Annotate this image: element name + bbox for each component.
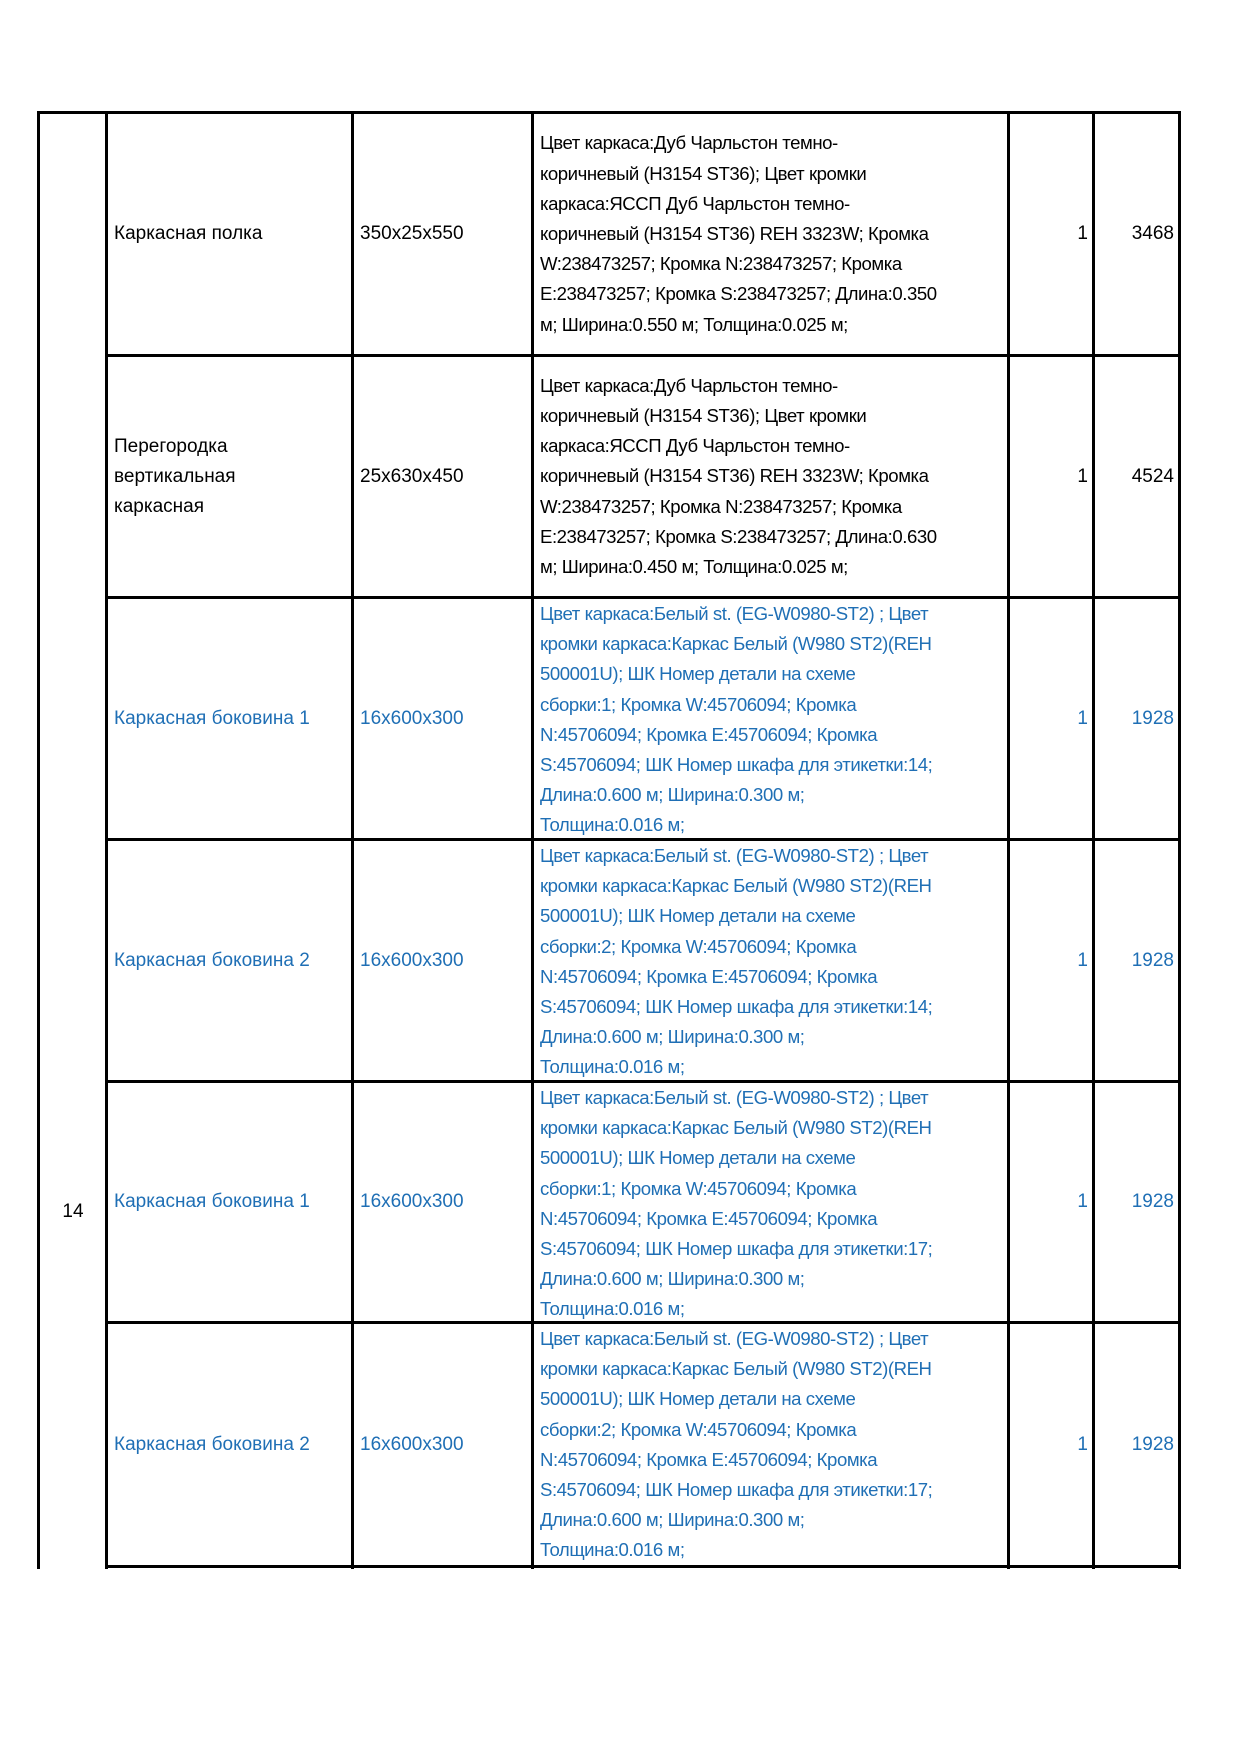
part-size: 350x25x550 [360,219,464,249]
description-line: S:45706094; ШК Номер шкафа для этикетки:… [540,992,1008,1022]
part-name: Каркасная полка [114,219,262,249]
part-description-cell: Цвет каркаса:Белый st. (EG-W0980-ST2) ; … [534,1083,1008,1325]
description-line: Цвет каркаса:Белый st. (EG-W0980-ST2) ; … [540,1083,1008,1113]
description-line: сборки:1; Кромка W:45706094; Кромка [540,1174,1008,1204]
part-name: Каркасная боковина 1 [114,704,310,734]
description-line: N:45706094; Кромка E:45706094; Кромка [540,720,1008,750]
part-name-line: Перегородка [114,432,236,462]
description-line: каркаса:ЯССП Дуб Чарльстон темно- [540,189,1008,219]
description-line: 500001U); ШК Номер детали на схеме [540,1384,1008,1414]
description-line: Цвет каркаса:Дуб Чарльстон темно- [540,128,1008,158]
part-name: Каркасная боковина 1 [114,1187,310,1217]
quantity-cell: 1 [1010,357,1093,596]
part-description-cell: Цвет каркаса:Белый st. (EG-W0980-ST2) ; … [534,1324,1008,1566]
description-line: Толщина:0.016 м; [540,1535,1008,1565]
part-name-line: вертикальная [114,462,236,492]
quantity-cell: 1 [1010,841,1093,1080]
description-line: 500001U); ШК Номер детали на схеме [540,659,1008,689]
quantity: 1 [1077,946,1088,976]
part-size-cell: 350x25x550 [354,114,532,354]
part-size-cell: 16x600x300 [354,1324,532,1565]
quantity-cell: 1 [1010,599,1093,838]
description-line: E:238473257; Кромка S:238473257; Длина:0… [540,522,1008,552]
part-name-cell: Перегородкавертикальнаякаркасная [108,357,352,596]
part-name-cell: Каркасная боковина 1 [108,599,352,838]
price-cell: 1928 [1095,1083,1179,1321]
description-line: коричневый (H3154 ST36); Цвет кромки [540,401,1008,431]
description-line: кромки каркаса:Каркас Белый (W980 ST2)(R… [540,871,1008,901]
part-name-cell: Каркасная боковина 1 [108,1083,352,1321]
quantity: 1 [1077,462,1088,492]
part-size: 16x600x300 [360,1430,464,1460]
description-line: S:45706094; ШК Номер шкафа для этикетки:… [540,750,1008,780]
part-size-cell: 25x630x450 [354,357,532,596]
description-line: м; Ширина:0.550 м; Толщина:0.025 м; [540,310,1008,340]
part-description-cell: Цвет каркаса:Белый st. (EG-W0980-ST2) ; … [534,841,1008,1083]
quantity-cell: 1 [1010,1083,1093,1321]
description-line: кромки каркаса:Каркас Белый (W980 ST2)(R… [540,629,1008,659]
description-line: Толщина:0.016 м; [540,1052,1008,1082]
part-name-cell: Каркасная полка [108,114,352,354]
description-line: Длина:0.600 м; Ширина:0.300 м; [540,1505,1008,1535]
description-line: сборки:1; Кромка W:45706094; Кромка [540,690,1008,720]
description-line: Длина:0.600 м; Ширина:0.300 м; [540,1022,1008,1052]
description-line: N:45706094; Кромка E:45706094; Кромка [540,962,1008,992]
part-size: 16x600x300 [360,1187,464,1217]
description-line: N:45706094; Кромка E:45706094; Кромка [540,1445,1008,1475]
description-line: коричневый (H3154 ST36) REH 3323W; Кромк… [540,461,1008,491]
price-cell: 4524 [1095,357,1179,596]
part-name: Каркасная боковина 2 [114,946,310,976]
description-line: кромки каркаса:Каркас Белый (W980 ST2)(R… [540,1113,1008,1143]
price-cell: 1928 [1095,1324,1179,1565]
description-line: S:45706094; ШК Номер шкафа для этикетки:… [540,1475,1008,1505]
description-line: коричневый (H3154 ST36); Цвет кромки [540,159,1008,189]
quantity: 1 [1077,219,1088,249]
part-size: 16x600x300 [360,704,464,734]
description-line: каркаса:ЯССП Дуб Чарльстон темно- [540,431,1008,461]
part-size-cell: 16x600x300 [354,599,532,838]
part-name-cell: Каркасная боковина 2 [108,1324,352,1565]
description-line: м; Ширина:0.450 м; Толщина:0.025 м; [540,552,1008,582]
description-line: Длина:0.600 м; Ширина:0.300 м; [540,1264,1008,1294]
part-size-cell: 16x600x300 [354,1083,532,1321]
part-description-cell: Цвет каркаса:Дуб Чарльстон темно-коричне… [534,371,1008,582]
description-line: Длина:0.600 м; Ширина:0.300 м; [540,780,1008,810]
description-line: W:238473257; Кромка N:238473257; Кромка [540,249,1008,279]
quantity: 1 [1077,1187,1088,1217]
price: 1928 [1132,946,1174,976]
description-line: N:45706094; Кромка E:45706094; Кромка [540,1204,1008,1234]
document-page: 14Каркасная полка350x25x550Цвет каркаса:… [0,0,1241,1755]
description-line: Толщина:0.016 м; [540,1294,1008,1324]
description-line: Цвет каркаса:Дуб Чарльстон темно- [540,371,1008,401]
part-name-cell: Каркасная боковина 2 [108,841,352,1080]
description-line: 500001U); ШК Номер детали на схеме [540,1143,1008,1173]
part-size: 16x600x300 [360,946,464,976]
part-description-cell: Цвет каркаса:Дуб Чарльстон темно-коричне… [534,128,1008,339]
price: 3468 [1132,219,1174,249]
description-line: S:45706094; ШК Номер шкафа для этикетки:… [540,1234,1008,1264]
price: 1928 [1132,1187,1174,1217]
description-line: сборки:2; Кромка W:45706094; Кромка [540,932,1008,962]
quantity: 1 [1077,704,1088,734]
price: 1928 [1132,704,1174,734]
description-line: Цвет каркаса:Белый st. (EG-W0980-ST2) ; … [540,841,1008,871]
group-number-cell: 14 [40,112,106,1566]
price: 1928 [1132,1430,1174,1460]
description-line: Цвет каркаса:Белый st. (EG-W0980-ST2) ; … [540,1324,1008,1354]
description-line: W:238473257; Кромка N:238473257; Кромка [540,492,1008,522]
part-name: Перегородкавертикальнаякаркасная [114,432,236,522]
price: 4524 [1132,462,1174,492]
group-number: 14 [62,1197,83,1227]
description-line: кромки каркаса:Каркас Белый (W980 ST2)(R… [540,1354,1008,1384]
description-line: коричневый (H3154 ST36) REH 3323W; Кромк… [540,219,1008,249]
description-line: Цвет каркаса:Белый st. (EG-W0980-ST2) ; … [540,599,1008,629]
price-cell: 3468 [1095,114,1179,354]
price-cell: 1928 [1095,599,1179,838]
quantity: 1 [1077,1430,1088,1460]
part-size: 25x630x450 [360,462,464,492]
description-line: E:238473257; Кромка S:238473257; Длина:0… [540,279,1008,309]
quantity-cell: 1 [1010,114,1093,354]
quantity-cell: 1 [1010,1324,1093,1565]
description-line: сборки:2; Кромка W:45706094; Кромка [540,1415,1008,1445]
price-cell: 1928 [1095,841,1179,1080]
description-line: Толщина:0.016 м; [540,810,1008,840]
part-size-cell: 16x600x300 [354,841,532,1080]
part-name: Каркасная боковина 2 [114,1430,310,1460]
part-name-line: каркасная [114,492,236,522]
part-description-cell: Цвет каркаса:Белый st. (EG-W0980-ST2) ; … [534,599,1008,841]
description-line: 500001U); ШК Номер детали на схеме [540,901,1008,931]
